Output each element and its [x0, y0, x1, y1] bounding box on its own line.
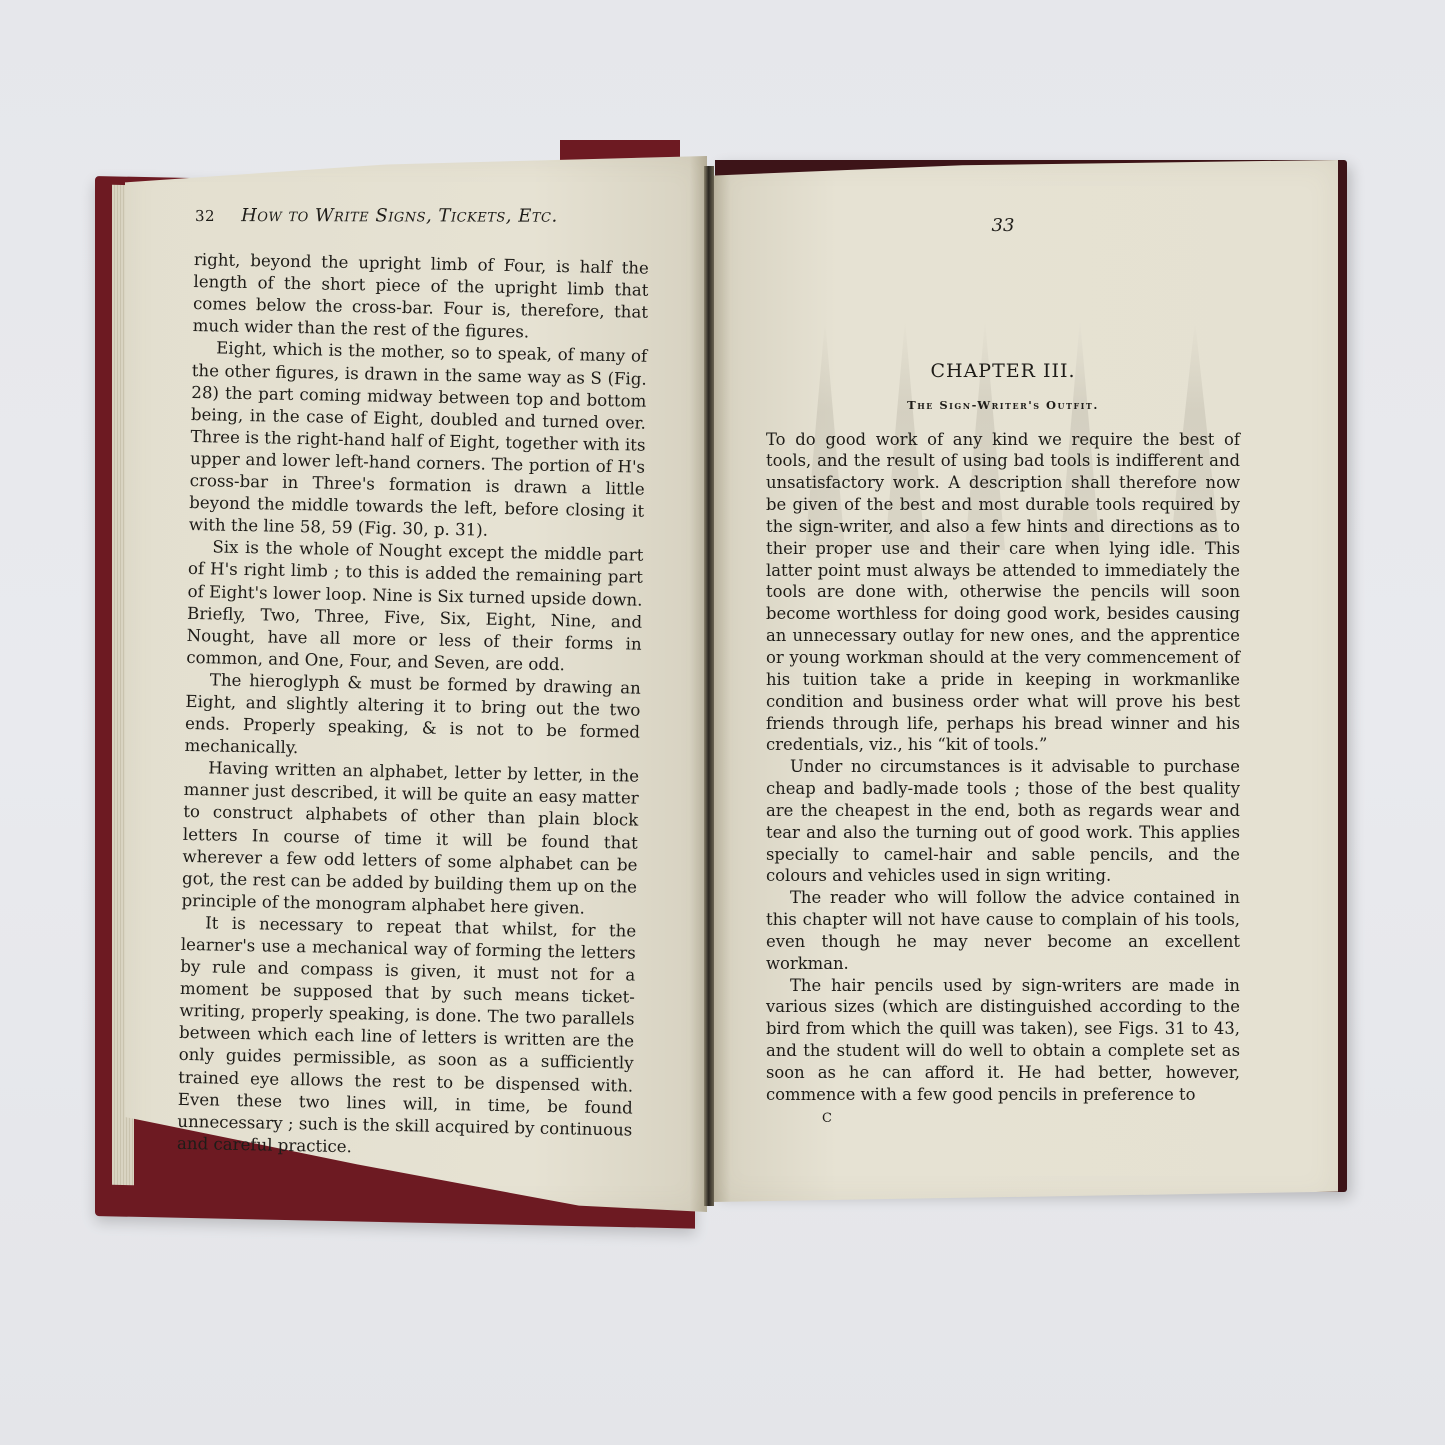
paragraph: To do good work of any kind we require t…: [766, 429, 1240, 757]
chapter-title: CHAPTER III.: [766, 361, 1240, 383]
paragraph: It is necessary to repeat that whilst, f…: [177, 912, 637, 1164]
page-number-right: 33: [766, 215, 1240, 237]
book-cover-left-top-edge: [560, 140, 680, 160]
paragraph: Having written an alphabet, letter by le…: [181, 757, 639, 920]
paragraph: Six is the whole of Nought except the mi…: [186, 536, 643, 677]
paragraph: Under no circumstances is it advisable t…: [766, 756, 1240, 887]
signature-mark: C: [766, 1108, 1240, 1130]
running-head-title: How to Write Signs, Tickets, Etc.: [241, 205, 558, 228]
paragraph: The hair pencils used by sign-writers ar…: [766, 975, 1240, 1106]
page-number-left: 32: [195, 205, 215, 227]
right-page-text: 33 CHAPTER III. The Sign-Writer's Outfit…: [766, 215, 1240, 1130]
left-page-text: 32 How to Write Signs, Tickets, Etc. rig…: [177, 205, 650, 1163]
paragraph: The hieroglyph & must be formed by drawi…: [184, 669, 641, 766]
paragraph: The reader who will follow the advice co…: [766, 887, 1240, 974]
book-gutter: [704, 166, 714, 1206]
chapter-subtitle: The Sign-Writer's Outfit.: [766, 395, 1240, 417]
paragraph: right, beyond the upright limb of Four, …: [192, 249, 649, 346]
paragraph: Eight, which is the mother, so to speak,…: [189, 337, 648, 545]
book-photo-scene: 32 How to Write Signs, Tickets, Etc. rig…: [0, 0, 1445, 1445]
running-head: 32 How to Write Signs, Tickets, Etc.: [195, 205, 650, 228]
